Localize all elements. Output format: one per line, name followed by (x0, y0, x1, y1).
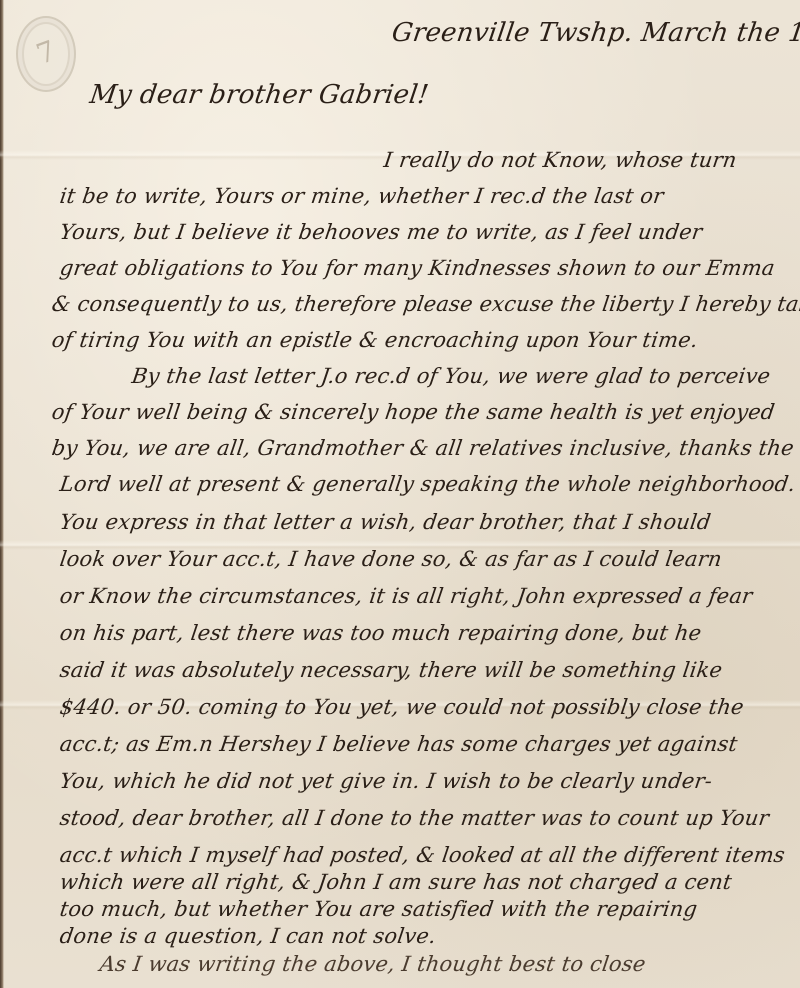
body-line: by You, we are all, Grandmother & all re… (50, 436, 795, 460)
body-line: of tiring You with an epistle & encroach… (50, 328, 699, 352)
page-edge (0, 0, 4, 988)
body-line: said it was absolutely necessary, there … (58, 658, 724, 682)
body-line: stood, dear brother, all I done to the m… (58, 806, 770, 830)
body-line: I really do not Know, whose turn (382, 148, 738, 172)
body-line: acc.t which I myself had posted, & looke… (58, 843, 786, 867)
seal-glyph: 7 (14, 27, 78, 77)
embossed-seal-icon: 7 (16, 16, 76, 92)
body-line: too much, but whether You are satisfied … (58, 897, 699, 921)
body-line: As I was writing the above, I thought be… (98, 952, 647, 976)
salutation: My dear brother Gabriel! (88, 80, 431, 110)
body-line: $440. or 50. coming to You yet, we could… (58, 695, 745, 719)
body-line: You express in that letter a wish, dear … (58, 510, 712, 534)
body-line: look over Your acc.t, I have done so, & … (58, 547, 723, 571)
body-line: You, which he did not yet give in. I wis… (58, 769, 714, 793)
body-line: it be to write, Yours or mine, whether I… (58, 184, 665, 208)
body-line: By the last letter J.o rec.d of You, we … (130, 364, 772, 388)
letter-page: 7 Greenville Twshp. March the 17th /57. … (0, 0, 800, 988)
body-line: done is a question, I can not solve. (58, 924, 437, 948)
body-line: & consequently to us, therefore please e… (50, 292, 800, 316)
body-line: which were all right, & John I am sure h… (58, 870, 733, 894)
body-line: Yours, but I believe it behooves me to w… (58, 220, 704, 244)
body-line: Lord well at present & generally speakin… (58, 472, 797, 496)
body-line: or Know the circumstances, it is all rig… (58, 584, 754, 608)
body-line: of Your well being & sincerely hope the … (50, 400, 776, 424)
body-line: acc.t; as Em.n Hershey I believe has som… (58, 732, 739, 756)
body-line: great obligations to You for many Kindne… (58, 256, 776, 280)
heading-place-date: Greenville Twshp. March the 17th /57. (390, 18, 800, 48)
body-line: on his part, lest there was too much rep… (58, 621, 703, 645)
